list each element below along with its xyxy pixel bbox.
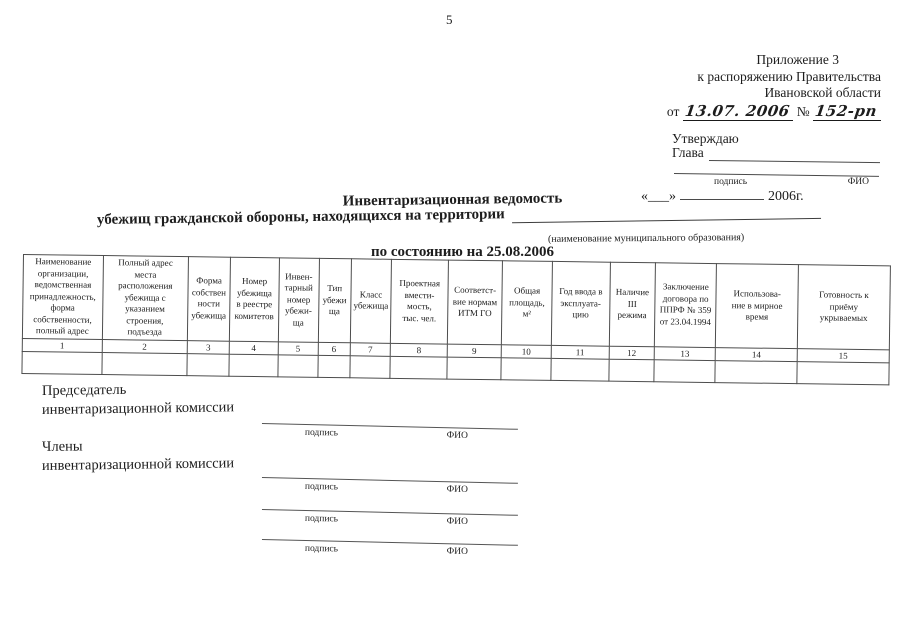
signature-caption: подпись [305, 428, 338, 439]
members-role-line-2: инвентаризационной комиссии [42, 455, 234, 475]
col-header-8: Проектная вмести- мость, тыс. чел. [391, 259, 448, 343]
fio-caption: ФИО [447, 517, 468, 527]
col-num-1: 1 [22, 338, 102, 352]
handwritten-date-underline: 13.07. 2006 [683, 103, 794, 122]
head-label: Глава [672, 145, 704, 161]
col-num-9: 9 [447, 344, 502, 358]
signature-captions: подпись ФИО [262, 427, 518, 442]
appendix-line-3: Ивановской области [611, 85, 881, 102]
appendix-line-1: Приложение 3 [611, 52, 881, 69]
ref-prefix: от [667, 104, 679, 119]
handwritten-date: 13.07. 2006 [684, 103, 791, 120]
signature-caption: подпись [305, 514, 338, 525]
table-header-row: Наименование организации, ведомственная … [22, 255, 890, 350]
signature-caption: подпись [305, 544, 338, 555]
member-signature-group-1: подпись ФИО [262, 476, 518, 491]
col-num-7: 7 [350, 342, 391, 356]
signature-captions: подпись ФИО [262, 513, 518, 528]
approval-second-blank-line [674, 166, 879, 177]
approval-head-row: Глава [672, 145, 880, 161]
chairman-signature-group: подпись ФИО [262, 422, 518, 437]
chairman-role-line-1: Председатель [42, 382, 126, 400]
signature-captions: подпись ФИО [262, 543, 518, 558]
col-num-8: 8 [391, 343, 448, 357]
col-header-3: Форма собствен ности убежища [187, 257, 231, 341]
fio-caption: ФИО [447, 485, 468, 495]
signature-captions: подпись ФИО [262, 481, 518, 496]
col-header-1: Наименование организации, ведомственная … [22, 255, 103, 340]
fio-caption: ФИО [447, 547, 468, 557]
member-signature-group-2: подпись ФИО [262, 508, 518, 523]
col-num-15: 15 [797, 348, 889, 362]
col-num-10: 10 [502, 344, 552, 358]
members-role-line-1: Члены [42, 438, 83, 456]
territory-blank-line [512, 204, 821, 223]
col-num-5: 5 [278, 341, 318, 355]
col-header-15: Готовность к приёму укрываемых [797, 265, 890, 350]
col-header-4: Номер убежища в реестре комитетов [230, 257, 280, 341]
col-header-2: Полный адрес места расположения убежища … [102, 256, 188, 341]
appendix-reference-row: от 13.07. 2006 № 152-рп [611, 103, 881, 122]
col-num-11: 11 [551, 345, 609, 359]
member-signature-group-3: подпись ФИО [262, 538, 518, 553]
col-header-9: Соответст- вие нормам ИТМ ГО [447, 260, 503, 344]
inventory-table: Наименование организации, ведомственная … [21, 254, 890, 385]
col-header-13: Заключение договора по ППРФ № 359 от 23.… [654, 263, 717, 347]
col-header-14: Использова- ние в мирное время [716, 264, 799, 349]
page-number: 5 [446, 12, 453, 28]
col-header-5: Инвен- тарный номер убежи- ща [278, 258, 319, 342]
head-signature-blank-line [709, 146, 880, 163]
col-num-6: 6 [318, 342, 350, 355]
col-num-14: 14 [716, 347, 798, 361]
handwritten-number: 152-рп [814, 103, 878, 120]
appendix-block: Приложение 3 к распоряжению Правительств… [611, 52, 881, 121]
handwritten-number-underline: 152-рп [813, 103, 881, 122]
col-num-13: 13 [654, 346, 716, 360]
col-header-12: Наличие III режима [609, 262, 655, 346]
col-num-12: 12 [609, 346, 654, 360]
col-num-4: 4 [229, 341, 278, 355]
col-header-7: Класс убежища [350, 259, 392, 343]
appendix-line-2: к распоряжению Правительства [611, 69, 881, 86]
ref-number-sign: № [797, 104, 810, 119]
col-header-10: Общая площадь, м² [502, 261, 552, 345]
signature-caption: подпись [714, 177, 747, 187]
signature-caption: подпись [305, 482, 338, 493]
fio-caption: ФИО [447, 431, 468, 441]
scanned-document-page: 5 Приложение 3 к распоряжению Правительс… [0, 0, 905, 640]
col-header-11: Год ввода в эксплуата- цию [551, 261, 610, 345]
col-num-2: 2 [102, 339, 187, 353]
territory-note: (наименование муниципального образования… [548, 232, 744, 245]
chairman-role-line-2: инвентаризационной комиссии [42, 399, 234, 419]
col-header-6: Тип убежи ща [318, 258, 351, 342]
col-num-3: 3 [187, 340, 230, 354]
